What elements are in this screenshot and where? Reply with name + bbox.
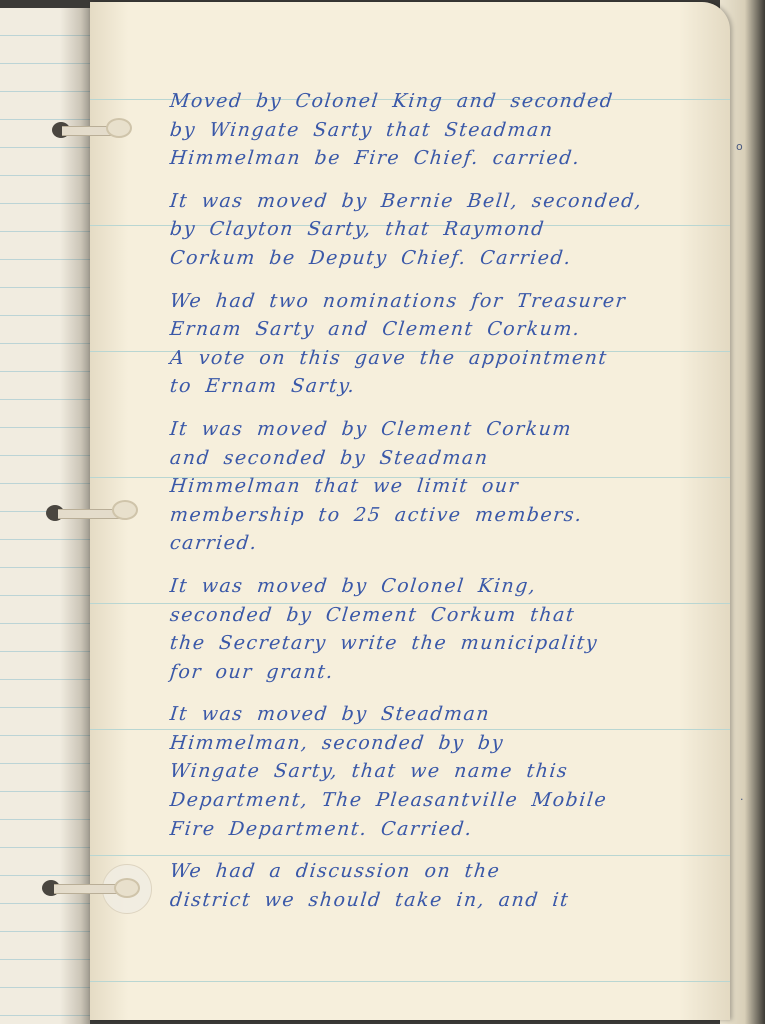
text-line: We had a discussion on the: [168, 857, 731, 886]
text-line: for our grant.: [168, 658, 731, 687]
paragraph-treasurer: We had two nominations for Treasurer Ern…: [170, 287, 730, 401]
text-line: the Secretary write the municipality: [168, 629, 731, 658]
text-line: Wingate Sarty, that we name this: [168, 757, 731, 786]
text-line: and seconded by Steadman: [168, 444, 731, 473]
text-line: membership to 25 active members.: [168, 501, 731, 530]
ring-wire: [58, 509, 120, 519]
margin-mark-dot: o: [736, 140, 743, 153]
text-line: to Ernam Sarty.: [168, 372, 731, 401]
text-line: A vote on this gave the appointment: [168, 344, 731, 373]
text-line: Himmelman be Fire Chief. carried.: [168, 144, 731, 173]
text-line: We had two nominations for Treasurer: [168, 287, 731, 316]
text-line: Himmelman that we limit our: [168, 472, 731, 501]
paragraph-department-name: It was moved by Steadman Himmelman, seco…: [170, 700, 730, 843]
text-line: by Wingate Sarty that Steadman: [168, 116, 731, 145]
handwritten-minutes: Moved by Colonel King and seconded by Wi…: [170, 87, 730, 928]
text-line: Ernam Sarty and Clement Corkum.: [168, 315, 731, 344]
paragraph-fire-chief: Moved by Colonel King and seconded by Wi…: [170, 87, 730, 173]
notebook-page: Moved by Colonel King and seconded by Wi…: [90, 2, 730, 1020]
paragraph-district: We had a discussion on the district we s…: [170, 857, 730, 914]
text-line: Department, The Pleasantville Mobile: [168, 786, 731, 815]
text-line: district we should take in, and it: [168, 886, 731, 915]
paragraph-grant: It was moved by Colonel King, seconded b…: [170, 572, 730, 686]
text-line: It was moved by Clement Corkum: [168, 415, 731, 444]
text-line: It was moved by Bernie Bell, seconded,: [168, 187, 731, 216]
text-line: carried.: [168, 529, 731, 558]
text-line: Himmelman, seconded by by: [168, 729, 731, 758]
text-line: It was moved by Colonel King,: [168, 572, 731, 601]
text-line: Moved by Colonel King and seconded: [168, 87, 731, 116]
margin-mark-dot: .: [740, 790, 744, 803]
paragraph-deputy-chief: It was moved by Bernie Bell, seconded, b…: [170, 187, 730, 273]
punch-hole-right: [112, 500, 138, 520]
text-line: Corkum be Deputy Chief. Carried.: [168, 244, 731, 273]
text-line: by Clayton Sarty, that Raymond: [168, 215, 731, 244]
text-line: It was moved by Steadman: [168, 700, 731, 729]
text-line: seconded by Clement Corkum that: [168, 601, 731, 630]
punch-hole-right: [106, 118, 132, 138]
paragraph-membership: It was moved by Clement Corkum and secon…: [170, 415, 730, 558]
text-line: Fire Department. Carried.: [168, 815, 731, 844]
punch-hole-right: [114, 878, 140, 898]
